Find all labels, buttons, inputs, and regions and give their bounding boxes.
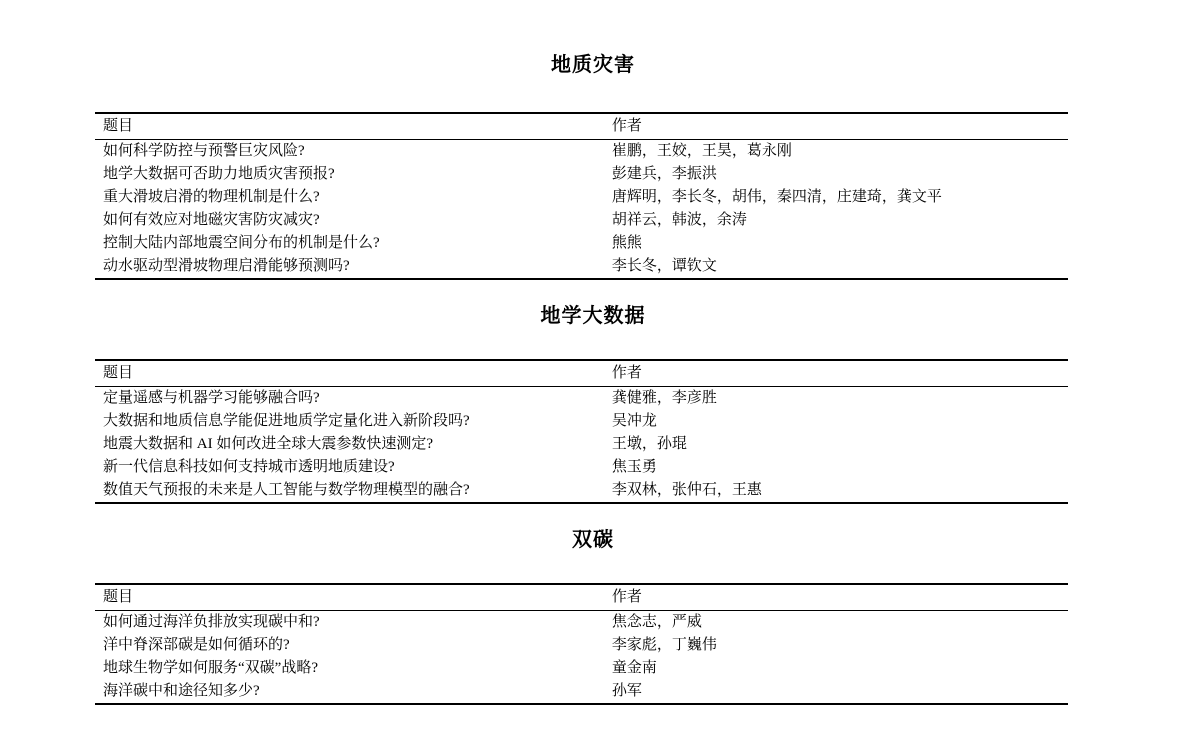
topic-table: 题目作者如何通过海洋负排放实现碳中和?焦念志，严威洋中脊深部碳是如何循环的?李家…	[95, 583, 1068, 705]
table-row: 动水驱动型滑坡物理启滑能够预测吗?李长冬，谭钦文	[95, 255, 1068, 279]
column-header-title: 题目	[95, 113, 604, 140]
table-row: 如何有效应对地磁灾害防灾减灾?胡祥云，韩波，余涛	[95, 209, 1068, 232]
section-heading: 地质灾害	[0, 52, 1186, 78]
title-cell: 地学大数据可否助力地质灾害预报?	[95, 163, 604, 186]
topic-table: 题目作者定量遥感与机器学习能够融合吗?龚健雅，李彦胜大数据和地质信息学能促进地质…	[95, 359, 1068, 504]
authors-cell: 焦念志，严威	[604, 611, 1068, 635]
authors-cell: 孙军	[604, 680, 1068, 704]
title-cell: 地球生物学如何服务“双碳”战略?	[95, 657, 604, 680]
authors-cell: 龚健雅，李彦胜	[604, 387, 1068, 411]
table-row: 洋中脊深部碳是如何循环的?李家彪，丁巍伟	[95, 634, 1068, 657]
column-header-authors: 作者	[604, 584, 1068, 611]
title-cell: 如何科学防控与预警巨灾风险?	[95, 140, 604, 164]
topic-table: 题目作者如何科学防控与预警巨灾风险?崔鹏，王姣，王昊，葛永刚地学大数据可否助力地…	[95, 112, 1068, 280]
title-cell: 动水驱动型滑坡物理启滑能够预测吗?	[95, 255, 604, 279]
authors-cell: 王墩，孙琨	[604, 433, 1068, 456]
table-row: 地学大数据可否助力地质灾害预报?彭建兵，李振洪	[95, 163, 1068, 186]
table-row: 地震大数据和 AI 如何改进全球大震参数快速测定?王墩，孙琨	[95, 433, 1068, 456]
authors-cell: 李家彪，丁巍伟	[604, 634, 1068, 657]
authors-cell: 焦玉勇	[604, 456, 1068, 479]
authors-cell: 熊熊	[604, 232, 1068, 255]
column-header-title: 题目	[95, 360, 604, 387]
table-header-row: 题目作者	[95, 584, 1068, 611]
table-row: 新一代信息科技如何支持城市透明地质建设?焦玉勇	[95, 456, 1068, 479]
authors-cell: 胡祥云，韩波，余涛	[604, 209, 1068, 232]
table-header-row: 题目作者	[95, 360, 1068, 387]
sections-container: 地质灾害题目作者如何科学防控与预警巨灾风险?崔鹏，王姣，王昊，葛永刚地学大数据可…	[0, 52, 1186, 705]
authors-cell: 唐辉明，李长冬，胡伟，秦四清，庄建琦，龚文平	[604, 186, 1068, 209]
title-cell: 控制大陆内部地震空间分布的机制是什么?	[95, 232, 604, 255]
section-heading: 双碳	[0, 527, 1186, 553]
table-row: 控制大陆内部地震空间分布的机制是什么?熊熊	[95, 232, 1068, 255]
table-row: 定量遥感与机器学习能够融合吗?龚健雅，李彦胜	[95, 387, 1068, 411]
column-header-authors: 作者	[604, 113, 1068, 140]
authors-cell: 吴冲龙	[604, 410, 1068, 433]
table-header-row: 题目作者	[95, 113, 1068, 140]
table-row: 如何通过海洋负排放实现碳中和?焦念志，严威	[95, 611, 1068, 635]
title-cell: 如何通过海洋负排放实现碳中和?	[95, 611, 604, 635]
table-row: 重大滑坡启滑的物理机制是什么?唐辉明，李长冬，胡伟，秦四清，庄建琦，龚文平	[95, 186, 1068, 209]
document-page: 地质灾害题目作者如何科学防控与预警巨灾风险?崔鹏，王姣，王昊，葛永刚地学大数据可…	[0, 0, 1186, 729]
column-header-title: 题目	[95, 584, 604, 611]
column-header-authors: 作者	[604, 360, 1068, 387]
table-row: 海洋碳中和途径知多少?孙军	[95, 680, 1068, 704]
table-row: 大数据和地质信息学能促进地质学定量化进入新阶段吗?吴冲龙	[95, 410, 1068, 433]
title-cell: 定量遥感与机器学习能够融合吗?	[95, 387, 604, 411]
title-cell: 海洋碳中和途径知多少?	[95, 680, 604, 704]
title-cell: 地震大数据和 AI 如何改进全球大震参数快速测定?	[95, 433, 604, 456]
section-heading: 地学大数据	[0, 303, 1186, 329]
topic-section: 地质灾害题目作者如何科学防控与预警巨灾风险?崔鹏，王姣，王昊，葛永刚地学大数据可…	[0, 52, 1186, 280]
title-cell: 大数据和地质信息学能促进地质学定量化进入新阶段吗?	[95, 410, 604, 433]
authors-cell: 李双林，张仲石，王惠	[604, 479, 1068, 503]
authors-cell: 童金南	[604, 657, 1068, 680]
topic-section: 双碳题目作者如何通过海洋负排放实现碳中和?焦念志，严威洋中脊深部碳是如何循环的?…	[0, 527, 1186, 705]
table-row: 地球生物学如何服务“双碳”战略?童金南	[95, 657, 1068, 680]
authors-cell: 彭建兵，李振洪	[604, 163, 1068, 186]
title-cell: 重大滑坡启滑的物理机制是什么?	[95, 186, 604, 209]
topic-section: 地学大数据题目作者定量遥感与机器学习能够融合吗?龚健雅，李彦胜大数据和地质信息学…	[0, 303, 1186, 504]
authors-cell: 李长冬，谭钦文	[604, 255, 1068, 279]
title-cell: 新一代信息科技如何支持城市透明地质建设?	[95, 456, 604, 479]
title-cell: 洋中脊深部碳是如何循环的?	[95, 634, 604, 657]
table-row: 数值天气预报的未来是人工智能与数学物理模型的融合?李双林，张仲石，王惠	[95, 479, 1068, 503]
authors-cell: 崔鹏，王姣，王昊，葛永刚	[604, 140, 1068, 164]
table-row: 如何科学防控与预警巨灾风险?崔鹏，王姣，王昊，葛永刚	[95, 140, 1068, 164]
title-cell: 如何有效应对地磁灾害防灾减灾?	[95, 209, 604, 232]
title-cell: 数值天气预报的未来是人工智能与数学物理模型的融合?	[95, 479, 604, 503]
